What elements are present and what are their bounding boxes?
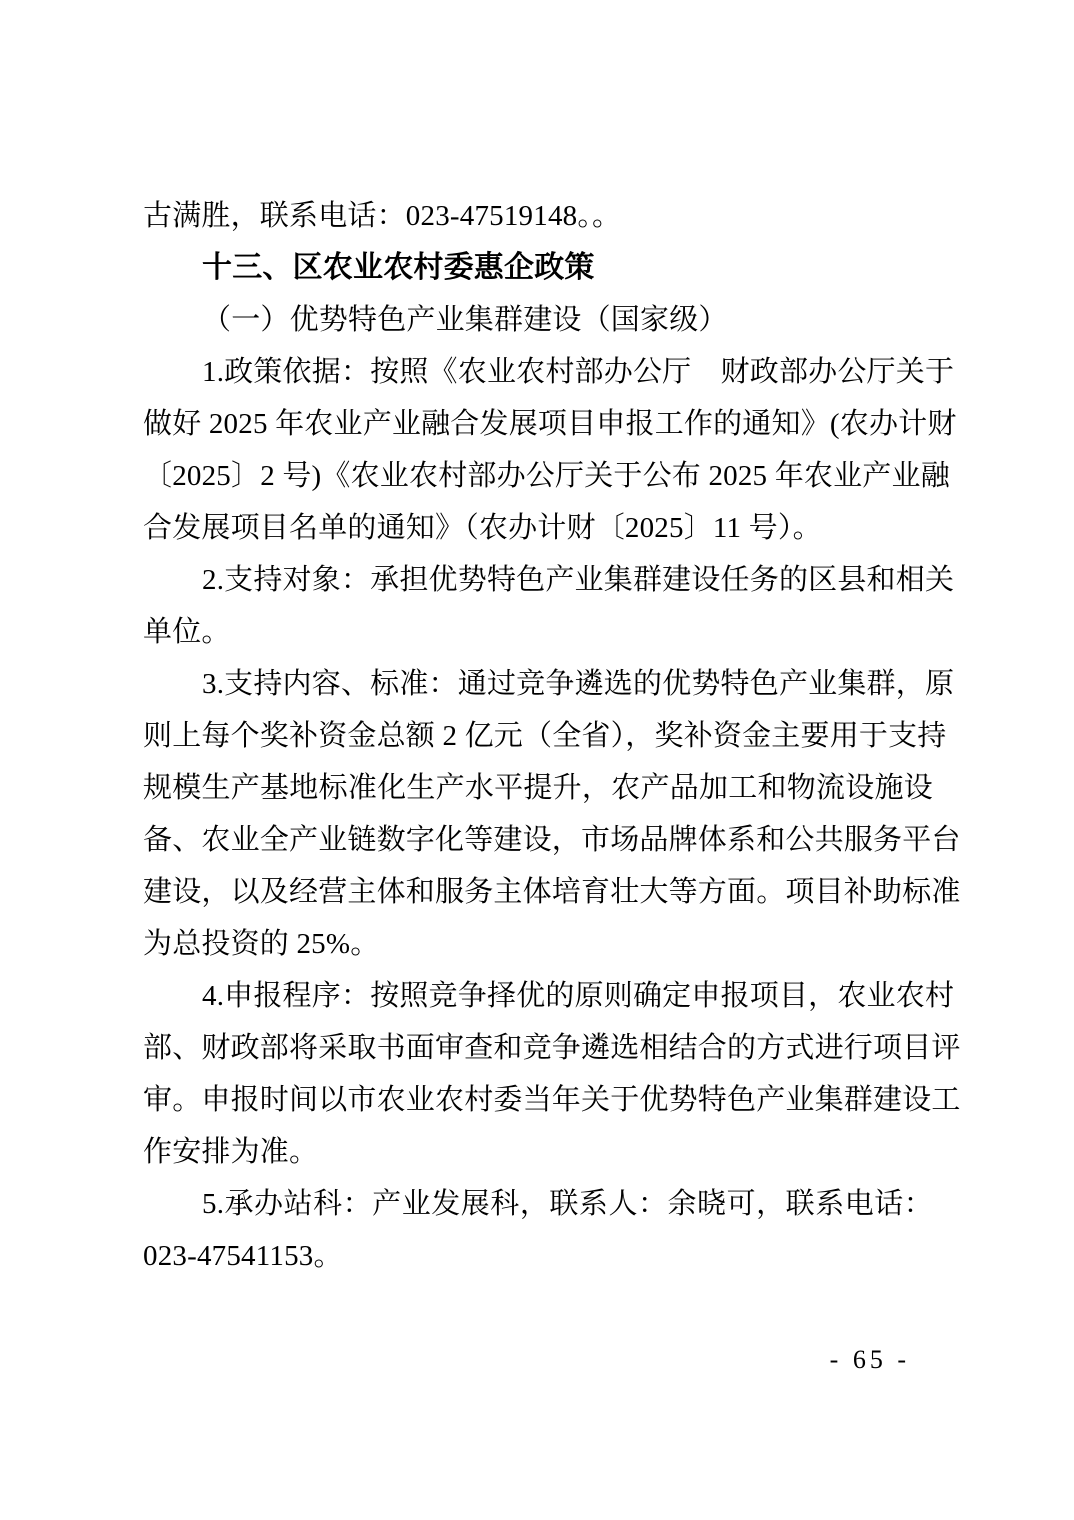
- document-page: 古满胜，联系电话：023-47519148。。 十三、区农业农村委惠企政策 （一…: [0, 0, 1074, 1520]
- text-line: 〔2025〕2 号)《农业农村部办公厅关于公布 2025 年农业产业融: [143, 450, 933, 502]
- paragraph-2-support-target: 2.支持对象：承担优势特色产业集群建设任务的区县和相关单位。: [143, 554, 933, 658]
- text-line: 合发展项目名单的通知》（农办计财〔2025〕11 号）。: [143, 502, 933, 554]
- text-line: 3.支持内容、标准：通过竞争遴选的优势特色产业集群，原: [143, 658, 933, 710]
- text-line: 备、农业全产业链数字化等建设，市场品牌体系和公共服务平台: [143, 814, 933, 866]
- paragraph-4-application-procedure: 4.申报程序：按照竞争择优的原则确定申报项目，农业农村部、财政部将采取书面审查和…: [143, 970, 933, 1178]
- text-line: 2.支持对象：承担优势特色产业集群建设任务的区县和相关: [143, 554, 933, 606]
- text-line: 为总投资的 25%。: [143, 918, 933, 970]
- paragraph-1-policy-basis: 1.政策依据：按照《农业农村部办公厅 财政部办公厅关于做好 2025 年农业产业…: [143, 346, 933, 554]
- subsection-heading: （一）优势特色产业集群建设（国家级）: [143, 294, 933, 346]
- text-line: 单位。: [143, 606, 933, 658]
- text-line: 5.承办站科：产业发展科，联系人：余晓可，联系电话：: [143, 1178, 933, 1230]
- section-heading: 十三、区农业农村委惠企政策: [143, 242, 933, 294]
- text-line: 4.申报程序：按照竞争择优的原则确定申报项目，农业农村: [143, 970, 933, 1022]
- continuation-line: 古满胜，联系电话：023-47519148。。: [143, 190, 933, 242]
- text-line: 则上每个奖补资金总额 2 亿元（全省），奖补资金主要用于支持: [143, 710, 933, 762]
- text-line: 作安排为准。: [143, 1126, 933, 1178]
- document-content: 古满胜，联系电话：023-47519148。。 十三、区农业农村委惠企政策 （一…: [143, 190, 933, 1282]
- text-line: 1.政策依据：按照《农业农村部办公厅 财政部办公厅关于: [143, 346, 933, 398]
- paragraph-3-support-content: 3.支持内容、标准：通过竞争遴选的优势特色产业集群，原则上每个奖补资金总额 2 …: [143, 658, 933, 970]
- text-line: 审。申报时间以市农业农村委当年关于优势特色产业集群建设工: [143, 1074, 933, 1126]
- text-line: 规模生产基地标准化生产水平提升，农产品加工和物流设施设: [143, 762, 933, 814]
- text-line: 部、财政部将采取书面审查和竞争遴选相结合的方式进行项目评: [143, 1022, 933, 1074]
- text-line: 建设，以及经营主体和服务主体培育壮大等方面。项目补助标准: [143, 866, 933, 918]
- paragraph-list: 1.政策依据：按照《农业农村部办公厅 财政部办公厅关于做好 2025 年农业产业…: [143, 346, 933, 1282]
- page-number: - 65 -: [830, 1342, 910, 1378]
- paragraph-5-handling-office: 5.承办站科：产业发展科，联系人：余晓可，联系电话：023-47541153。: [143, 1178, 933, 1282]
- text-line: 做好 2025 年农业产业融合发展项目申报工作的通知》(农办计财: [143, 398, 933, 450]
- text-line: 023-47541153。: [143, 1230, 933, 1282]
